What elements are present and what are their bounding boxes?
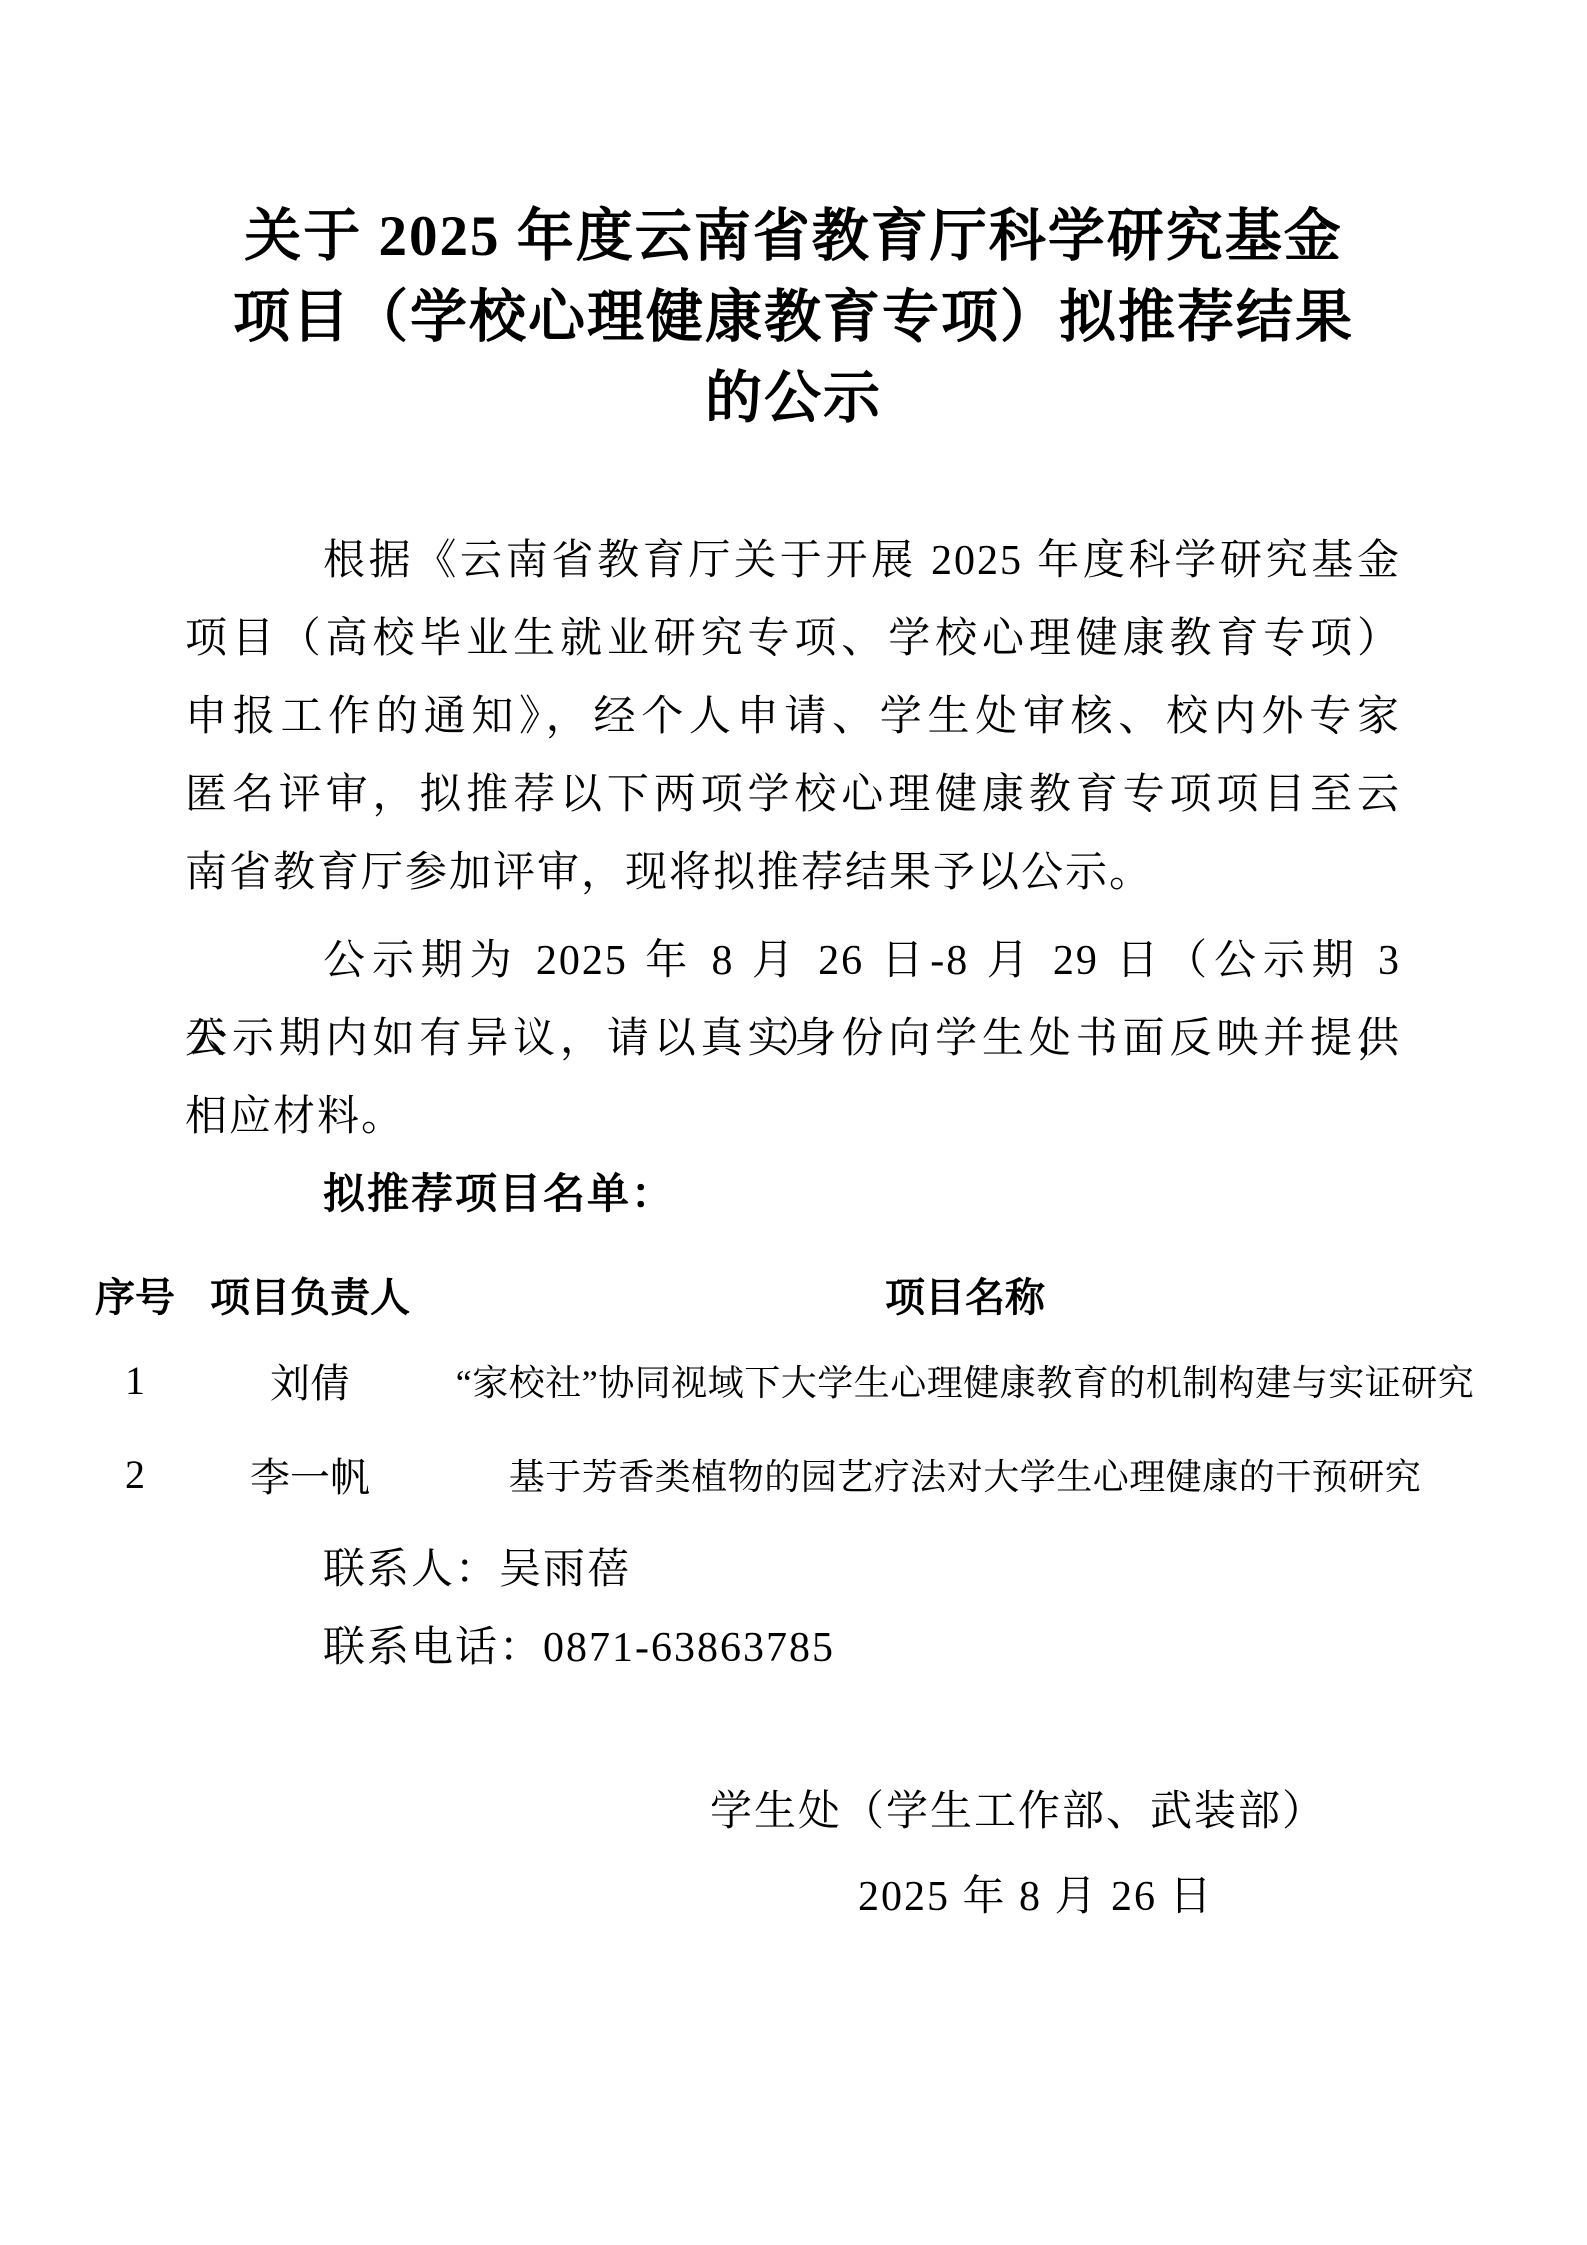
document-title: 关于 2025 年度云南省教育厅科学研究基金 项目（学校心理健康教育专项）拟推荐… [0, 196, 1587, 439]
title-line-2: 项目（学校心理健康教育专项）拟推荐结果 [0, 277, 1587, 358]
paragraph-line: 根据《云南省教育厅关于开展 2025 年度科学研究基金 [185, 522, 1401, 600]
cell-project-leader: 李一帆 [210, 1446, 410, 1503]
document-page: 关于 2025 年度云南省教育厅科学研究基金 项目（学校心理健康教育专项）拟推荐… [0, 0, 1587, 2245]
paragraph-line: 公示期内如有异议，请以真实身份向学生处书面反映并提供 [185, 1000, 1401, 1078]
contact-phone: 联系电话：0871-63863785 [185, 1609, 1401, 1687]
cell-project-name: “家校社”协同视域下大学生心理健康教育的机制构建与实证研究 [410, 1355, 1520, 1406]
paragraph-line: 项目（高校毕业生就业研究专项、学校心理健康教育专项） [185, 600, 1401, 678]
contact-block: 联系人：吴雨蓓 联系电话：0871-63863785 [185, 1531, 1401, 1687]
cell-serial-number: 1 [60, 1357, 210, 1404]
contact-person: 联系人：吴雨蓓 [185, 1531, 1401, 1609]
paragraph-line: 南省教育厅参加评审，现将拟推荐结果予以公示。 [185, 834, 1401, 912]
cell-project-leader: 刘倩 [210, 1352, 410, 1409]
header-project-name: 项目名称 [410, 1266, 1520, 1323]
paragraph-line: 相应材料。 [185, 1078, 1401, 1156]
cell-project-name: 基于芳香类植物的园艺疗法对大学生心理健康的干预研究 [410, 1449, 1520, 1500]
cell-serial-number: 2 [60, 1451, 210, 1498]
title-line-3: 的公示 [0, 358, 1587, 439]
paragraph-publicity-period: 公示期为 2025 年 8 月 26 日-8 月 29 日（公示期 3 天）， … [185, 922, 1401, 1156]
paragraph-line: 匿名评审，拟推荐以下两项学校心理健康教育专项项目至云 [185, 756, 1401, 834]
paragraph-intro: 根据《云南省教育厅关于开展 2025 年度科学研究基金 项目（高校毕业生就业研究… [185, 522, 1401, 912]
title-line-1: 关于 2025 年度云南省教育厅科学研究基金 [0, 196, 1587, 277]
signature-department: 学生处（学生工作部、武装部） [710, 1773, 1326, 1851]
table-row: 1 刘倩 “家校社”协同视域下大学生心理健康教育的机制构建与实证研究 [60, 1333, 1520, 1427]
paragraph-line: 申报工作的通知》，经个人申请、学生处审核、校内外专家 [185, 678, 1401, 756]
table-header-row: 序号 项目负责人 项目名称 [60, 1255, 1520, 1333]
recommended-list-heading: 拟推荐项目名单： [185, 1156, 1401, 1234]
header-serial-number: 序号 [60, 1266, 210, 1323]
table-row: 2 李一帆 基于芳香类植物的园艺疗法对大学生心理健康的干预研究 [60, 1427, 1520, 1521]
header-project-leader: 项目负责人 [210, 1266, 410, 1323]
paragraph-line: 公示期为 2025 年 8 月 26 日-8 月 29 日（公示期 3 天）， [185, 922, 1401, 1000]
project-table: 序号 项目负责人 项目名称 1 刘倩 “家校社”协同视域下大学生心理健康教育的机… [60, 1255, 1520, 1521]
signature-date: 2025 年 8 月 26 日 [858, 1858, 1214, 1936]
